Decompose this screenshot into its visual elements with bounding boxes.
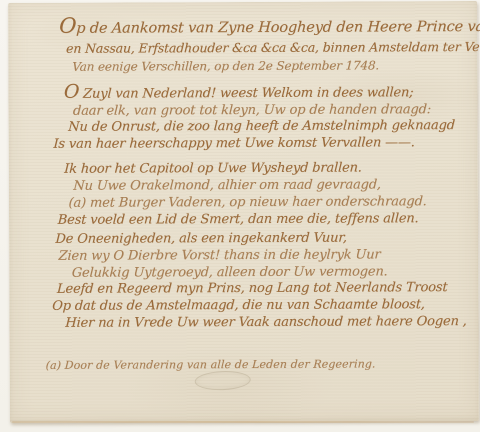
poem-line: Is van haer heerschappy met Uwe komst Ve…: [53, 135, 455, 153]
poem-line: De Oneenigheden, als een ingekankerd Vuu…: [55, 230, 471, 249]
poem-line: Best voeld een Lid de Smert, dan mee die…: [57, 210, 426, 229]
poem-line: Ik hoor het Capitool op Uwe Wysheyd bral…: [64, 159, 429, 178]
footnote: (a) Door de Verandering van alle de Lede…: [45, 357, 376, 371]
poem-stanza-1: O Zuyl van Nederland! weest Welkom in de…: [53, 83, 457, 153]
poem-line: Hier na in Vrede Uw weer Vaak aanschoud …: [65, 314, 467, 333]
manuscript-paper: Op de Aankomst van Zyne Hoogheyd den Hee…: [8, 1, 479, 423]
poem-line: daar elk, van groot tot kleyn, Uw op de …: [73, 102, 457, 120]
poem-line: (a) met Burger Vaderen, op nieuw haer on…: [68, 193, 427, 212]
poem-stanza-3: De Oneenigheden, als een ingekankerd Vuu…: [51, 230, 471, 333]
poem-line: Op dat dus de Amstelmaagd, die nu van Sc…: [52, 297, 468, 316]
poem-stanza-2: Ik hoor het Capitool op Uwe Wysheyd bral…: [53, 159, 428, 229]
poem-line: Gelukkig Uytgeroeyd, alleen door Uw verm…: [71, 264, 469, 283]
title-line: en Nassau, Erfstadhouder &ca &ca &ca, bi…: [66, 38, 480, 58]
poem-line: Nu de Onrust, die zoo lang heeft de Amst…: [68, 118, 456, 136]
paper-bottom-edge-shadow: [12, 421, 474, 423]
poem-line: Leefd en Regeerd myn Prins, nog Lang tot…: [56, 280, 468, 299]
poem-line: Zien wy O Dierbre Vorst! thans in die he…: [58, 247, 470, 266]
title-line: Op de Aankomst van Zyne Hoogheyd den Hee…: [59, 13, 480, 40]
blind-stamp-oval: [194, 370, 251, 391]
poem-title: Op de Aankomst van Zyne Hoogheyd den Hee…: [57, 13, 480, 76]
title-line: Van eenige Verschillen, op den 2e Septem…: [72, 56, 480, 76]
scan-background: Op de Aankomst van Zyne Hoogheyd den Hee…: [0, 0, 480, 432]
poem-line: O Zuyl van Nederland! weest Welkom in de…: [63, 83, 457, 103]
poem-line: Nu Uwe Orakelmond, alhier om raad gevraa…: [73, 176, 428, 195]
